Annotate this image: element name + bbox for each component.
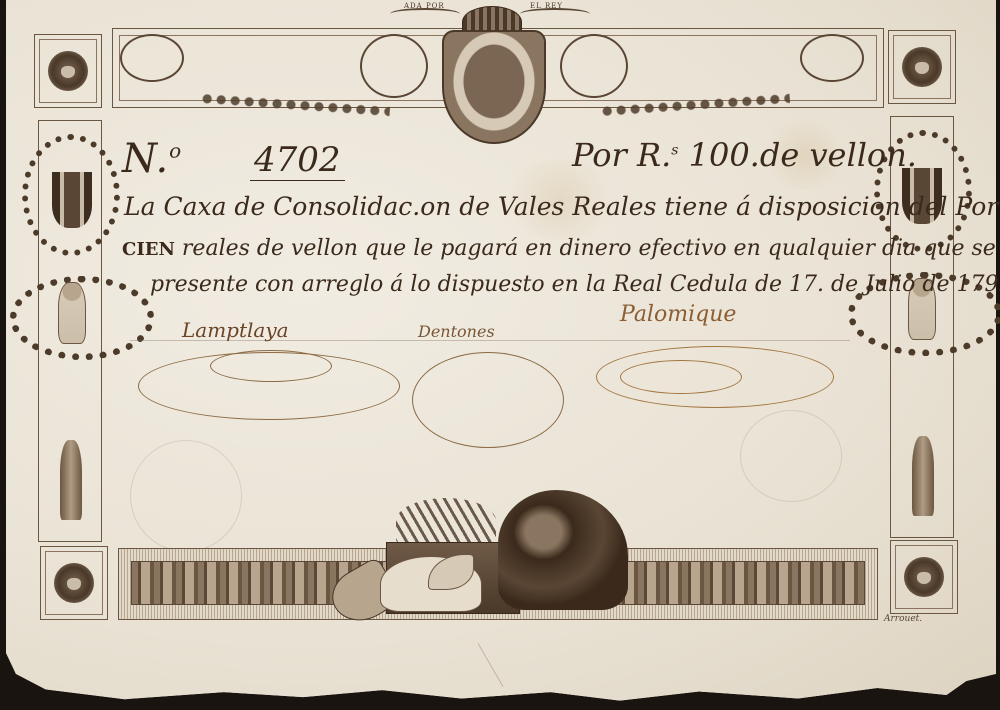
body-line-3: presente con arreglo á lo dispuesto en l…	[150, 272, 1000, 297]
body-line-1: La Caxa de Consolidac.on de Vales Reales…	[124, 192, 1000, 221]
lion-face-icon	[904, 557, 944, 597]
corner-lion-top-left	[34, 34, 102, 108]
scroll-ornament	[120, 34, 184, 82]
signature-3: Palomique	[620, 302, 736, 327]
cherub-icon	[58, 282, 86, 344]
watermark-seal-right	[740, 410, 842, 502]
corner-lion-top-right	[888, 30, 956, 104]
corner-lion-bottom-right	[890, 540, 958, 614]
serial-label: N.o	[122, 136, 182, 182]
denomination: Por R.s 100.de vellon.	[572, 136, 917, 174]
laurel-branch-icon	[396, 498, 496, 544]
signature-flourish	[210, 350, 332, 382]
scroll-ornament	[800, 34, 864, 82]
urn-icon	[912, 436, 934, 516]
body-line-2: CIEN reales de vellon que le pagará en d…	[122, 236, 996, 261]
lion-face-icon	[48, 51, 88, 91]
signature-flourish	[620, 360, 742, 394]
royal-coat-of-arms-icon	[442, 30, 546, 144]
corner-lion-bottom-left	[40, 546, 108, 620]
motto-left: ADA POR	[404, 2, 445, 10]
signature-2: Dentones	[418, 322, 495, 341]
signature-flourish	[412, 352, 564, 448]
urn-icon	[60, 440, 82, 520]
serial-number: 4702	[250, 140, 345, 181]
watermark-seal-left	[130, 440, 242, 552]
scroll-ornament	[560, 34, 628, 98]
lion-face-icon	[902, 47, 942, 87]
fasces-shield-icon	[52, 172, 92, 228]
lion-face-icon	[54, 563, 94, 603]
scroll-ornament	[360, 34, 428, 98]
signature-1: Lamptlaya	[182, 318, 289, 342]
engraver-signature: Arrouet.	[884, 614, 922, 624]
motto-right: EL REY	[530, 2, 563, 10]
